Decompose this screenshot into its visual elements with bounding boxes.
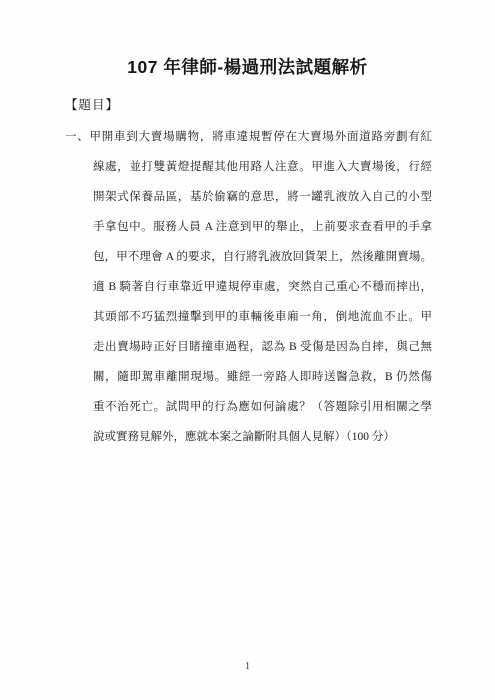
- question-line: 包，甲不理會 A 的要求，自行將乳液放回貨架上，然後離開賣場。: [65, 242, 432, 272]
- question-line: 其頭部不巧猛烈撞擊到甲的車輛後車廂一角，倒地流血不止。甲: [65, 302, 432, 332]
- question-line: 線處，並打雙黃燈提醒其他用路人注意。甲進入大賣場後，行經: [65, 152, 432, 182]
- page-number: 1: [0, 660, 495, 672]
- question-line: 關，隨即駕車離開現場。雖經一旁路人即時送醫急救，B 仍然傷: [65, 362, 432, 392]
- page-title: 107 年律師-楊過刑法試題解析: [0, 54, 495, 79]
- question-line: 走出賣場時正好目睹撞車過程，認為 B 受傷是因為自摔，與己無: [65, 332, 432, 362]
- question-paragraph: 一、甲開車到大賣場購物，將車違規暫停在大賣場外面道路旁劃有紅線處，並打雙黃燈提醒…: [65, 122, 432, 452]
- question-line: 手拿包中。服務人員 A 注意到甲的舉止，上前要求查看甲的手拿: [65, 212, 432, 242]
- question-line: 說或實務見解外，應就本案之論斷附具個人見解）（100 分）: [65, 422, 432, 452]
- question-line: 一、甲開車到大賣場購物，將車違規暫停在大賣場外面道路旁劃有紅: [65, 122, 432, 152]
- question-line: 開架式保養品區，基於偷竊的意思，將一罐乳液放入自己的小型: [65, 182, 432, 212]
- question-line: 重不治死亡。試問甲的行為應如何論處？（答題除引用相關之學: [65, 392, 432, 422]
- section-label: 【題目】: [65, 95, 119, 113]
- document-page: 107 年律師-楊過刑法試題解析 【題目】 一、甲開車到大賣場購物，將車違規暫停…: [0, 0, 495, 700]
- question-line: 適 B 騎著自行車靠近甲違規停車處，突然自己重心不穩而摔出，: [65, 272, 432, 302]
